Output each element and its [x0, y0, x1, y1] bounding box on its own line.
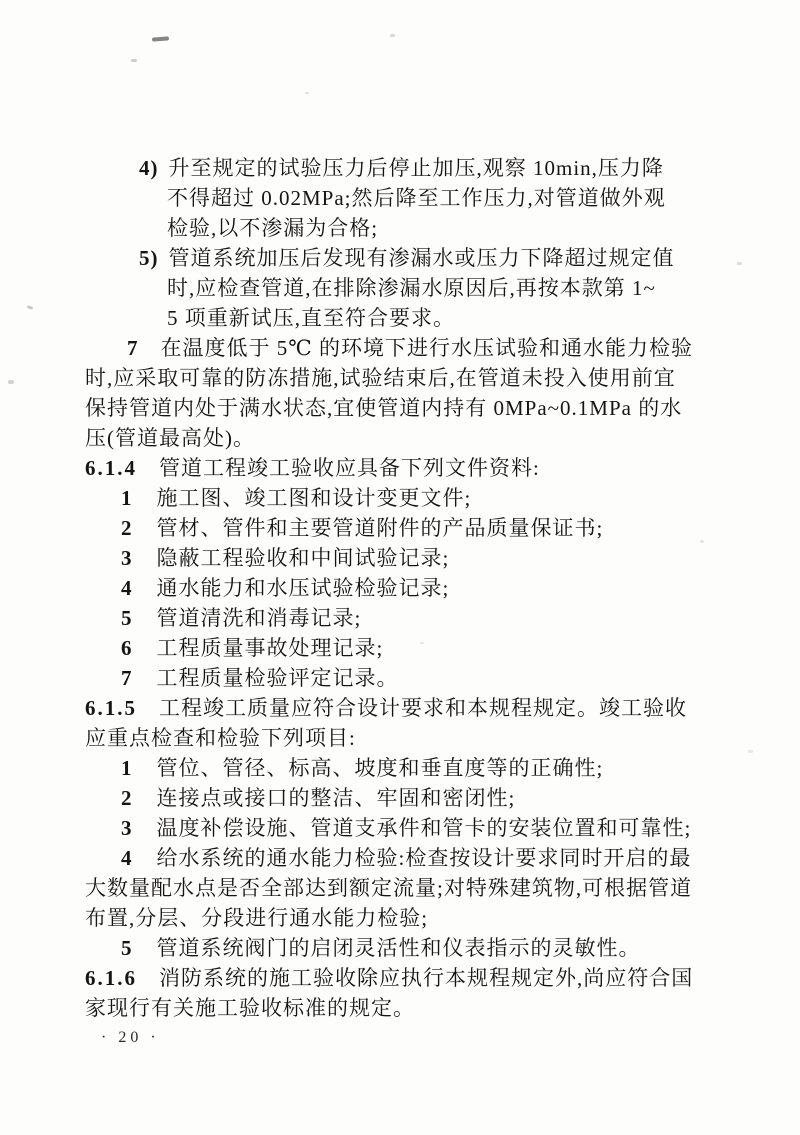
text-line: 时,应采取可靠的防冻措施,试验结束后,在管道未投入使用前宜 — [85, 363, 725, 393]
list-number: 5 — [121, 606, 133, 630]
section-number: 6.1.6 — [85, 966, 137, 990]
list-number: 1 — [121, 486, 133, 510]
line-text: 管道系统加压后发现有渗漏水或压力下降超过规定值 — [169, 246, 675, 270]
line-text: 温度补偿设施、管道支承件和管卡的安装位置和可靠性; — [157, 816, 692, 840]
line-text: 隐蔽工程验收和中间试验记录; — [157, 546, 450, 570]
text-line: 应重点检查和检验下列项目: — [85, 723, 725, 753]
text-line: 2管材、管件和主要管道附件的产品质量保证书; — [85, 513, 725, 543]
line-text: 工程质量事故处理记录; — [157, 636, 384, 660]
list-number: 4 — [121, 846, 133, 870]
list-number: 5 — [121, 936, 133, 960]
scan-artifact — [8, 380, 14, 384]
text-line: 5)管道系统加压后发现有渗漏水或压力下降超过规定值 — [85, 243, 725, 273]
line-text: 施工图、竣工图和设计变更文件; — [157, 486, 472, 510]
list-number: 1 — [121, 756, 133, 780]
text-line: 1施工图、竣工图和设计变更文件; — [85, 483, 725, 513]
scan-artifact — [131, 59, 137, 62]
text-line: 检验,以不渗漏为合格; — [85, 213, 725, 243]
clause-number: 7 — [127, 336, 139, 360]
text-line: 时,应检查管道,在排除渗漏水原因后,再按本款第 1~ — [85, 273, 725, 303]
line-text: 在温度低于 5℃ 的环境下进行水压试验和通水能力检验 — [161, 336, 694, 360]
text-line: 5管道清洗和消毒记录; — [85, 603, 725, 633]
text-line: 大数量配水点是否全部达到额定流量;对特殊建筑物,可根据管道 — [85, 873, 725, 903]
document-page: 4)升至规定的试验压力后停止加压,观察 10min,压力降 不得超过 0.02M… — [0, 0, 800, 1135]
line-text: 5 项重新试压,直至符合要求。 — [167, 306, 455, 330]
line-text: 升至规定的试验压力后停止加压,观察 10min,压力降 — [169, 156, 664, 180]
text-line: 3隐蔽工程验收和中间试验记录; — [85, 543, 725, 573]
text-line: 布置,分层、分段进行通水能力检验; — [85, 903, 725, 933]
scan-artifact — [737, 262, 742, 265]
page-number: · 20 · — [101, 1028, 160, 1048]
text-line: 2连接点或接口的整洁、牢固和密闭性; — [85, 783, 725, 813]
text-line: 家现行有关施工验收标准的规定。 — [85, 993, 725, 1023]
scan-artifact — [27, 305, 34, 310]
line-text: 管道系统阀门的启闭灵活性和仪表指示的灵敏性。 — [157, 936, 641, 960]
text-line: 不得超过 0.02MPa;然后降至工作压力,对管道做外观 — [85, 183, 725, 213]
list-number: 3 — [121, 546, 133, 570]
line-text: 应重点检查和检验下列项目: — [85, 726, 356, 750]
list-number: 7 — [121, 666, 133, 690]
line-text: 连接点或接口的整洁、牢固和密闭性; — [157, 786, 516, 810]
section-heading: 6.1.4管道工程竣工验收应具备下列文件资料: — [85, 453, 725, 483]
section-number: 6.1.5 — [85, 696, 137, 720]
section-number: 6.1.4 — [85, 456, 137, 480]
scan-artifact — [305, 92, 309, 94]
line-text: 时,应采取可靠的防冻措施,试验结束后,在管道未投入使用前宜 — [85, 366, 676, 390]
text-line: 7在温度低于 5℃ 的环境下进行水压试验和通水能力检验 — [85, 333, 725, 363]
scan-artifact — [390, 34, 395, 37]
text-line: 6工程质量事故处理记录; — [85, 633, 725, 663]
list-number: 3 — [121, 816, 133, 840]
line-text: 大数量配水点是否全部达到额定流量;对特殊建筑物,可根据管道 — [85, 876, 692, 900]
list-number: 4) — [139, 156, 159, 180]
text-line: 5 项重新试压,直至符合要求。 — [85, 303, 725, 333]
text-line: 5管道系统阀门的启闭灵活性和仪表指示的灵敏性。 — [85, 933, 725, 963]
list-number: 5) — [139, 246, 159, 270]
text-line: 压(管道最高处)。 — [85, 423, 725, 453]
line-text: 保持管道内处于满水状态,宜使管道内持有 0MPa~0.1MPa 的水 — [85, 396, 682, 420]
list-number: 2 — [121, 786, 133, 810]
line-text: 布置,分层、分段进行通水能力检验; — [85, 906, 428, 930]
section-heading: 6.1.6消防系统的施工验收除应执行本规程规定外,尚应符合国 — [85, 963, 725, 993]
line-text: 家现行有关施工验收标准的规定。 — [85, 996, 415, 1020]
line-text: 管位、管径、标高、坡度和垂直度等的正确性; — [157, 756, 604, 780]
list-number: 6 — [121, 636, 133, 660]
list-number: 2 — [121, 516, 133, 540]
line-text: 工程质量检验评定记录。 — [157, 666, 399, 690]
line-text: 消防系统的施工验收除应执行本规程规定外,尚应符合国 — [159, 966, 693, 990]
scan-artifact — [152, 36, 169, 41]
text-line: 4通水能力和水压试验检验记录; — [85, 573, 725, 603]
line-text: 给水系统的通水能力检验:检查按设计要求同时开启的最 — [157, 846, 692, 870]
line-text: 管道工程竣工验收应具备下列文件资料: — [159, 456, 540, 480]
line-text: 压(管道最高处)。 — [85, 426, 255, 450]
line-text: 管材、管件和主要管道附件的产品质量保证书; — [157, 516, 604, 540]
text-line: 保持管道内处于满水状态,宜使管道内持有 0MPa~0.1MPa 的水 — [85, 393, 725, 423]
section-heading: 6.1.5工程竣工质量应符合设计要求和本规程规定。竣工验收 — [85, 693, 725, 723]
line-text: 不得超过 0.02MPa;然后降至工作压力,对管道做外观 — [167, 186, 666, 210]
text-line: 7工程质量检验评定记录。 — [85, 663, 725, 693]
line-text: 检验,以不渗漏为合格; — [167, 216, 378, 240]
text-line: 4)升至规定的试验压力后停止加压,观察 10min,压力降 — [85, 153, 725, 183]
text-block: 4)升至规定的试验压力后停止加压,观察 10min,压力降 不得超过 0.02M… — [85, 153, 725, 1023]
list-number: 4 — [121, 576, 133, 600]
text-line: 4给水系统的通水能力检验:检查按设计要求同时开启的最 — [85, 843, 725, 873]
line-text: 时,应检查管道,在排除渗漏水原因后,再按本款第 1~ — [167, 276, 656, 300]
line-text: 工程竣工质量应符合设计要求和本规程规定。竣工验收 — [159, 696, 687, 720]
text-line: 1管位、管径、标高、坡度和垂直度等的正确性; — [85, 753, 725, 783]
scan-artifact — [748, 750, 753, 753]
text-line: 3温度补偿设施、管道支承件和管卡的安装位置和可靠性; — [85, 813, 725, 843]
line-text: 管道清洗和消毒记录; — [157, 606, 362, 630]
line-text: 通水能力和水压试验检验记录; — [157, 576, 450, 600]
